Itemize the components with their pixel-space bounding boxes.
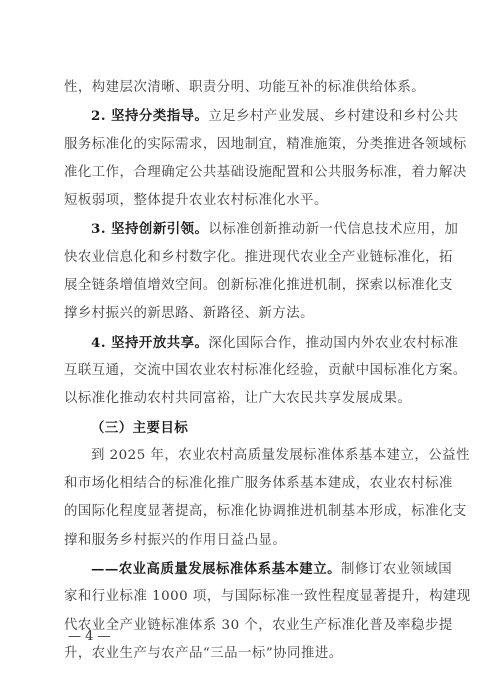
paragraph-line: 2. 坚持分类指导。立足乡村产业发展、乡村建设和乡村公共 xyxy=(64,102,432,130)
bold-lead: 4. 坚持开放共享。 xyxy=(91,335,208,351)
bold-lead: 2. 坚持分类指导。 xyxy=(91,108,208,124)
paragraph-line: 性，构建层次清晰、职责分明、功能互补的标准供给体系。 xyxy=(64,74,432,102)
section-heading: （三）主要目标 xyxy=(64,414,432,442)
paragraph-line: 代农业全产业链标准体系 30 个，农业生产标准化普及率稳步提 xyxy=(64,612,432,640)
paragraph-line: 互联互通，交流中国农业农村标准化经验，贡献中国标准化方案。 xyxy=(64,357,432,385)
line-text: 深化国际合作，推动国内外农业农村标准 xyxy=(208,336,458,351)
line-text: 制修订农业领域国 xyxy=(341,562,452,577)
paragraph-line: 撑乡村振兴的新思路、新路径、新方法。 xyxy=(64,300,432,328)
paragraph-line: 服务标准化的实际需求，因地制宜，精准施策，分类推进各领域标 xyxy=(64,131,432,159)
bold-lead: 3. 坚持创新引领。 xyxy=(91,221,208,237)
paragraph-line: 3. 坚持创新引领。以标准创新推动新一代信息技术应用，加 xyxy=(64,215,432,243)
paragraph-line: 快农业信息化和乡村数字化。推进现代农业全产业链标准化，拓 xyxy=(64,244,432,272)
document-page: 性，构建层次清晰、职责分明、功能互补的标准供给体系。 2. 坚持分类指导。立足乡… xyxy=(64,74,432,668)
paragraph-line: 4. 坚持开放共享。深化国际合作，推动国内外农业农村标准 xyxy=(64,329,432,357)
paragraph-line: 家和行业标准 1000 项，与国际标准一致性程度显著提升，构建现 xyxy=(64,583,432,611)
paragraph-line: 到 2025 年，农业农村高质量发展标准体系基本建立，公益性 xyxy=(64,442,432,470)
paragraph-line: 的国际化程度显著提高，标准化协调推进机制基本形成，标准化支 xyxy=(64,498,432,526)
paragraph-line: 撑和服务乡村振兴的作用日益凸显。 xyxy=(64,527,432,555)
paragraph-line: 准化工作，合理确定公共基础设施配置和公共服务标准，着力解决 xyxy=(64,159,432,187)
paragraph-line: 以标准化推动农村共同富裕，让广大农民共享发展成果。 xyxy=(64,385,432,413)
bold-lead: ——农业高质量发展标准体系基本建立。 xyxy=(91,561,341,577)
paragraph-line: 短板弱项，整体提升农业农村标准化水平。 xyxy=(64,187,432,215)
paragraph-line: ——农业高质量发展标准体系基本建立。制修订农业领域国 xyxy=(64,555,432,583)
paragraph-line: 和市场化相结合的标准化推广服务体系基本建成，农业农村标准 xyxy=(64,470,432,498)
page-number: — 4 — xyxy=(68,629,111,644)
paragraph-line: 展全链条增值增效空间。创新标准化推进机制，探索以标准化支 xyxy=(64,272,432,300)
paragraph-line: 升，农业生产与农产品“三品一标”协同推进。 xyxy=(64,640,432,668)
line-text: 立足乡村产业发展、乡村建设和乡村公共 xyxy=(208,109,458,124)
line-text: 以标准创新推动新一代信息技术应用，加 xyxy=(208,222,458,237)
